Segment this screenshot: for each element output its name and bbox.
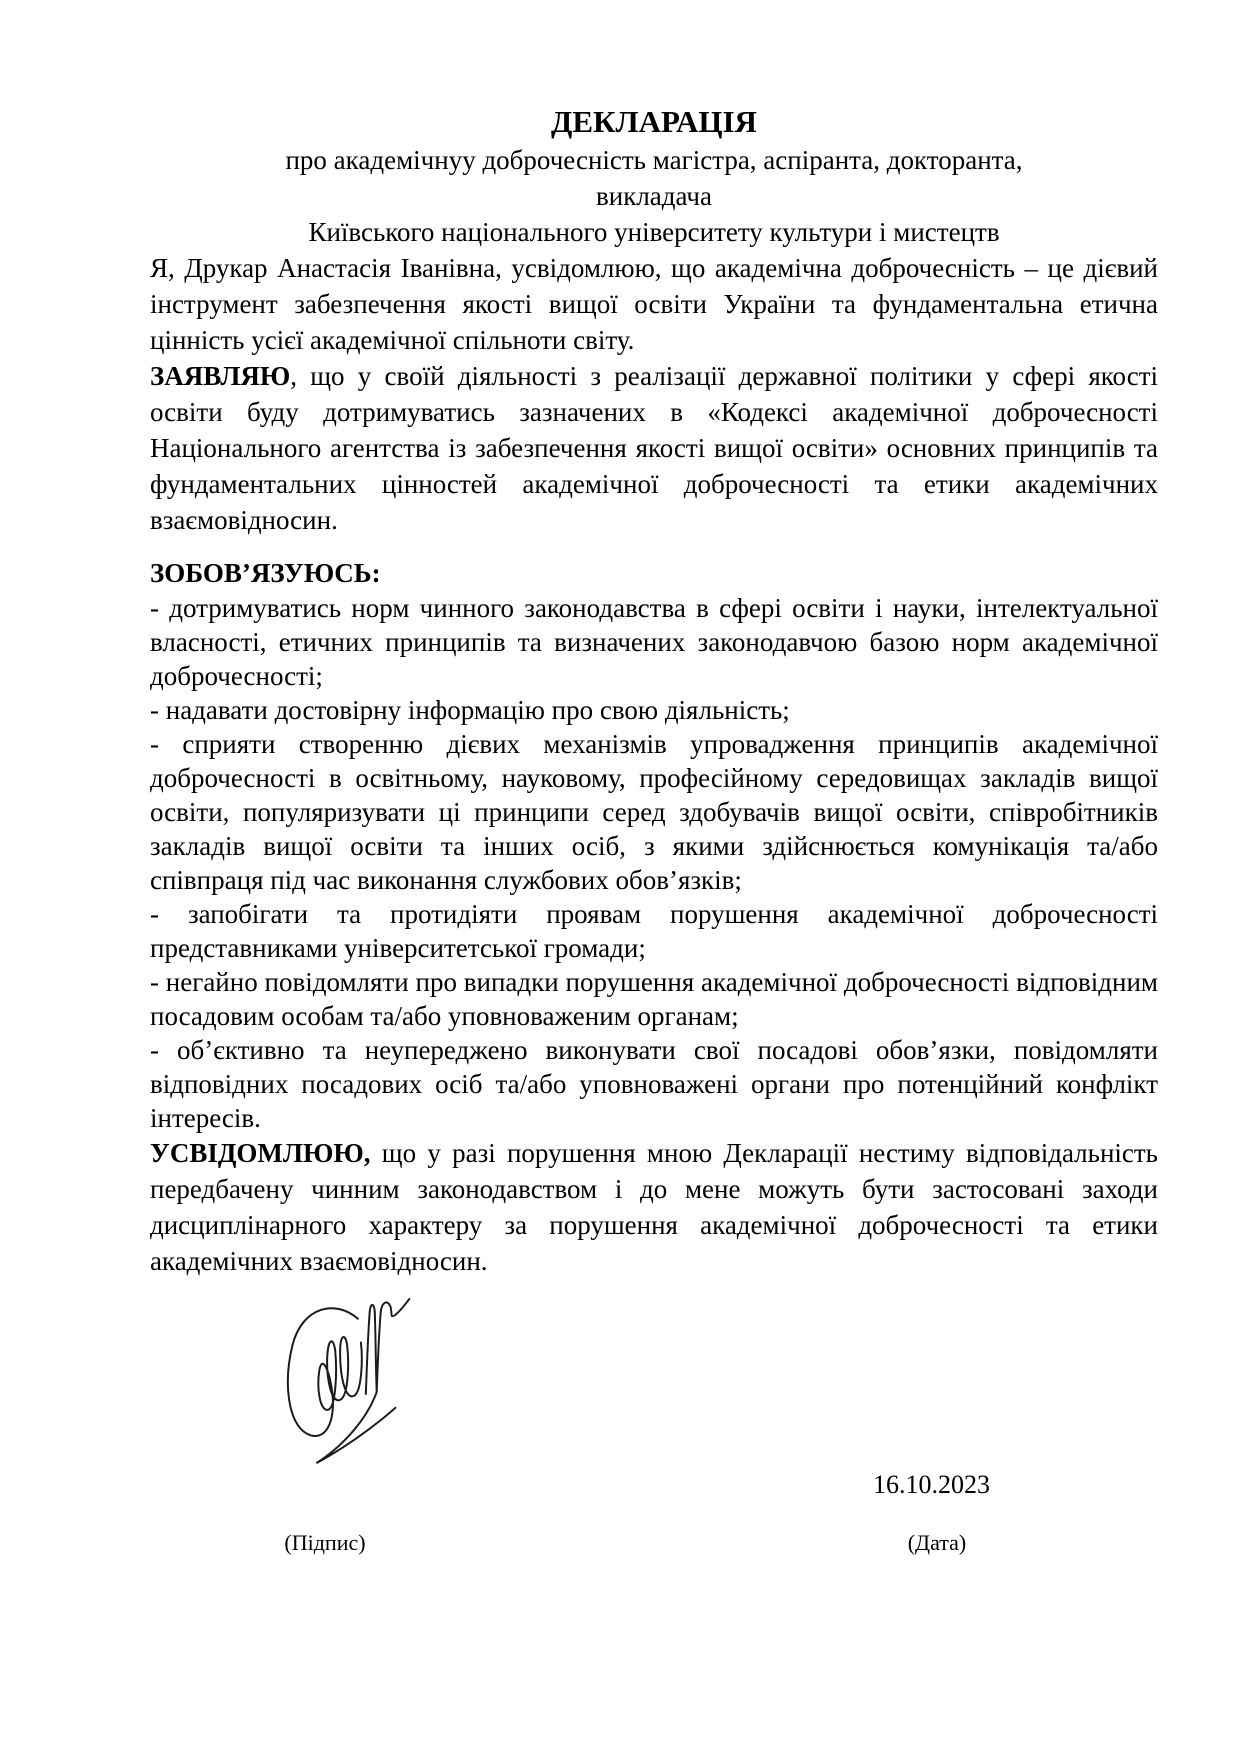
commitment-item: - об’єктивно та неупереджено виконувати … <box>150 1033 1158 1135</box>
university-name: Київського національного університету ку… <box>150 214 1158 250</box>
commitment-item: - сприяти створенню дієвих механізмів уп… <box>150 727 1158 897</box>
date-value: 16.10.2023 <box>873 1467 990 1503</box>
document-page: ДЕКЛАРАЦІЯ про академічнуу доброчесність… <box>0 0 1241 1755</box>
signature-stroke-spikes <box>366 1299 410 1394</box>
subtitle-line-2: викладача <box>596 181 712 211</box>
document-title: ДЕКЛАРАЦІЯ <box>150 102 1158 142</box>
intro-paragraph: Я, Друкар Анастасія Іванівна, усвідомлюю… <box>150 250 1158 358</box>
signature-caption: (Підпис) <box>255 1528 395 1558</box>
commitment-item: - негайно повідомляти про випадки поруше… <box>150 965 1158 1033</box>
document-content: ДЕКЛАРАЦІЯ про академічнуу доброчесність… <box>150 0 1158 1589</box>
declare-lead: ЗАЯВЛЯЮ <box>150 361 290 391</box>
document-subtitle: про академічнуу доброчесність магістра, … <box>150 142 1158 214</box>
date-caption: (Дата) <box>867 1528 1007 1558</box>
declare-text: , що у своїй діяльності з реалізації дер… <box>150 361 1158 535</box>
acknowledge-lead: УСВІДОМЛЮЮ, <box>150 1138 371 1168</box>
commitment-item: - надавати достовірну інформацію про сво… <box>150 693 1158 727</box>
closing-block: 16.10.2023 (Підпис) (Дата) <box>150 1279 1158 1589</box>
commitment-item: - дотримуватись норм чинного законодавст… <box>150 591 1158 693</box>
declare-paragraph: ЗАЯВЛЯЮ, що у своїй діяльності з реаліза… <box>150 358 1158 538</box>
acknowledge-paragraph: УСВІДОМЛЮЮ, що у разі порушення мною Дек… <box>150 1135 1158 1279</box>
subtitle-line-1: про академічнуу доброчесність магістра, … <box>285 145 1022 175</box>
signature-image <box>280 1297 420 1475</box>
commitments-heading: ЗОБОВ’ЯЗУЮСЬ: <box>150 555 1158 591</box>
commitment-item: - запобігати та протидіяти проявам поруш… <box>150 897 1158 965</box>
signature-stroke-oval <box>288 1308 362 1436</box>
